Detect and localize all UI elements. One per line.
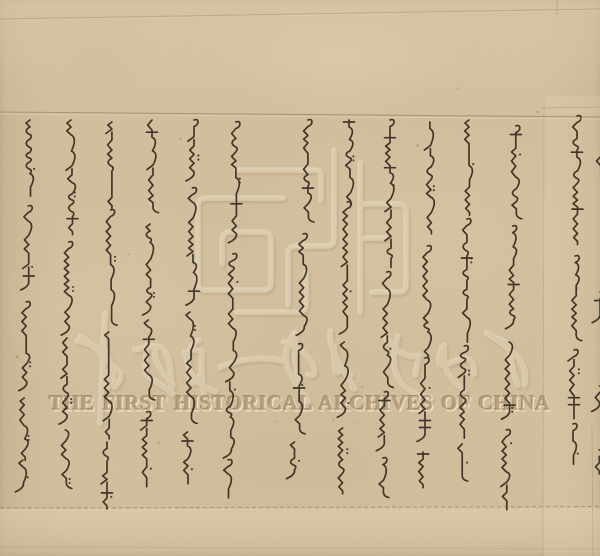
archival-document-scan: THE FIRST HISTORICAL ARCHIVES OF CHINA <box>0 0 600 556</box>
paper-grain-texture <box>0 0 600 556</box>
grain-rect <box>0 0 600 556</box>
